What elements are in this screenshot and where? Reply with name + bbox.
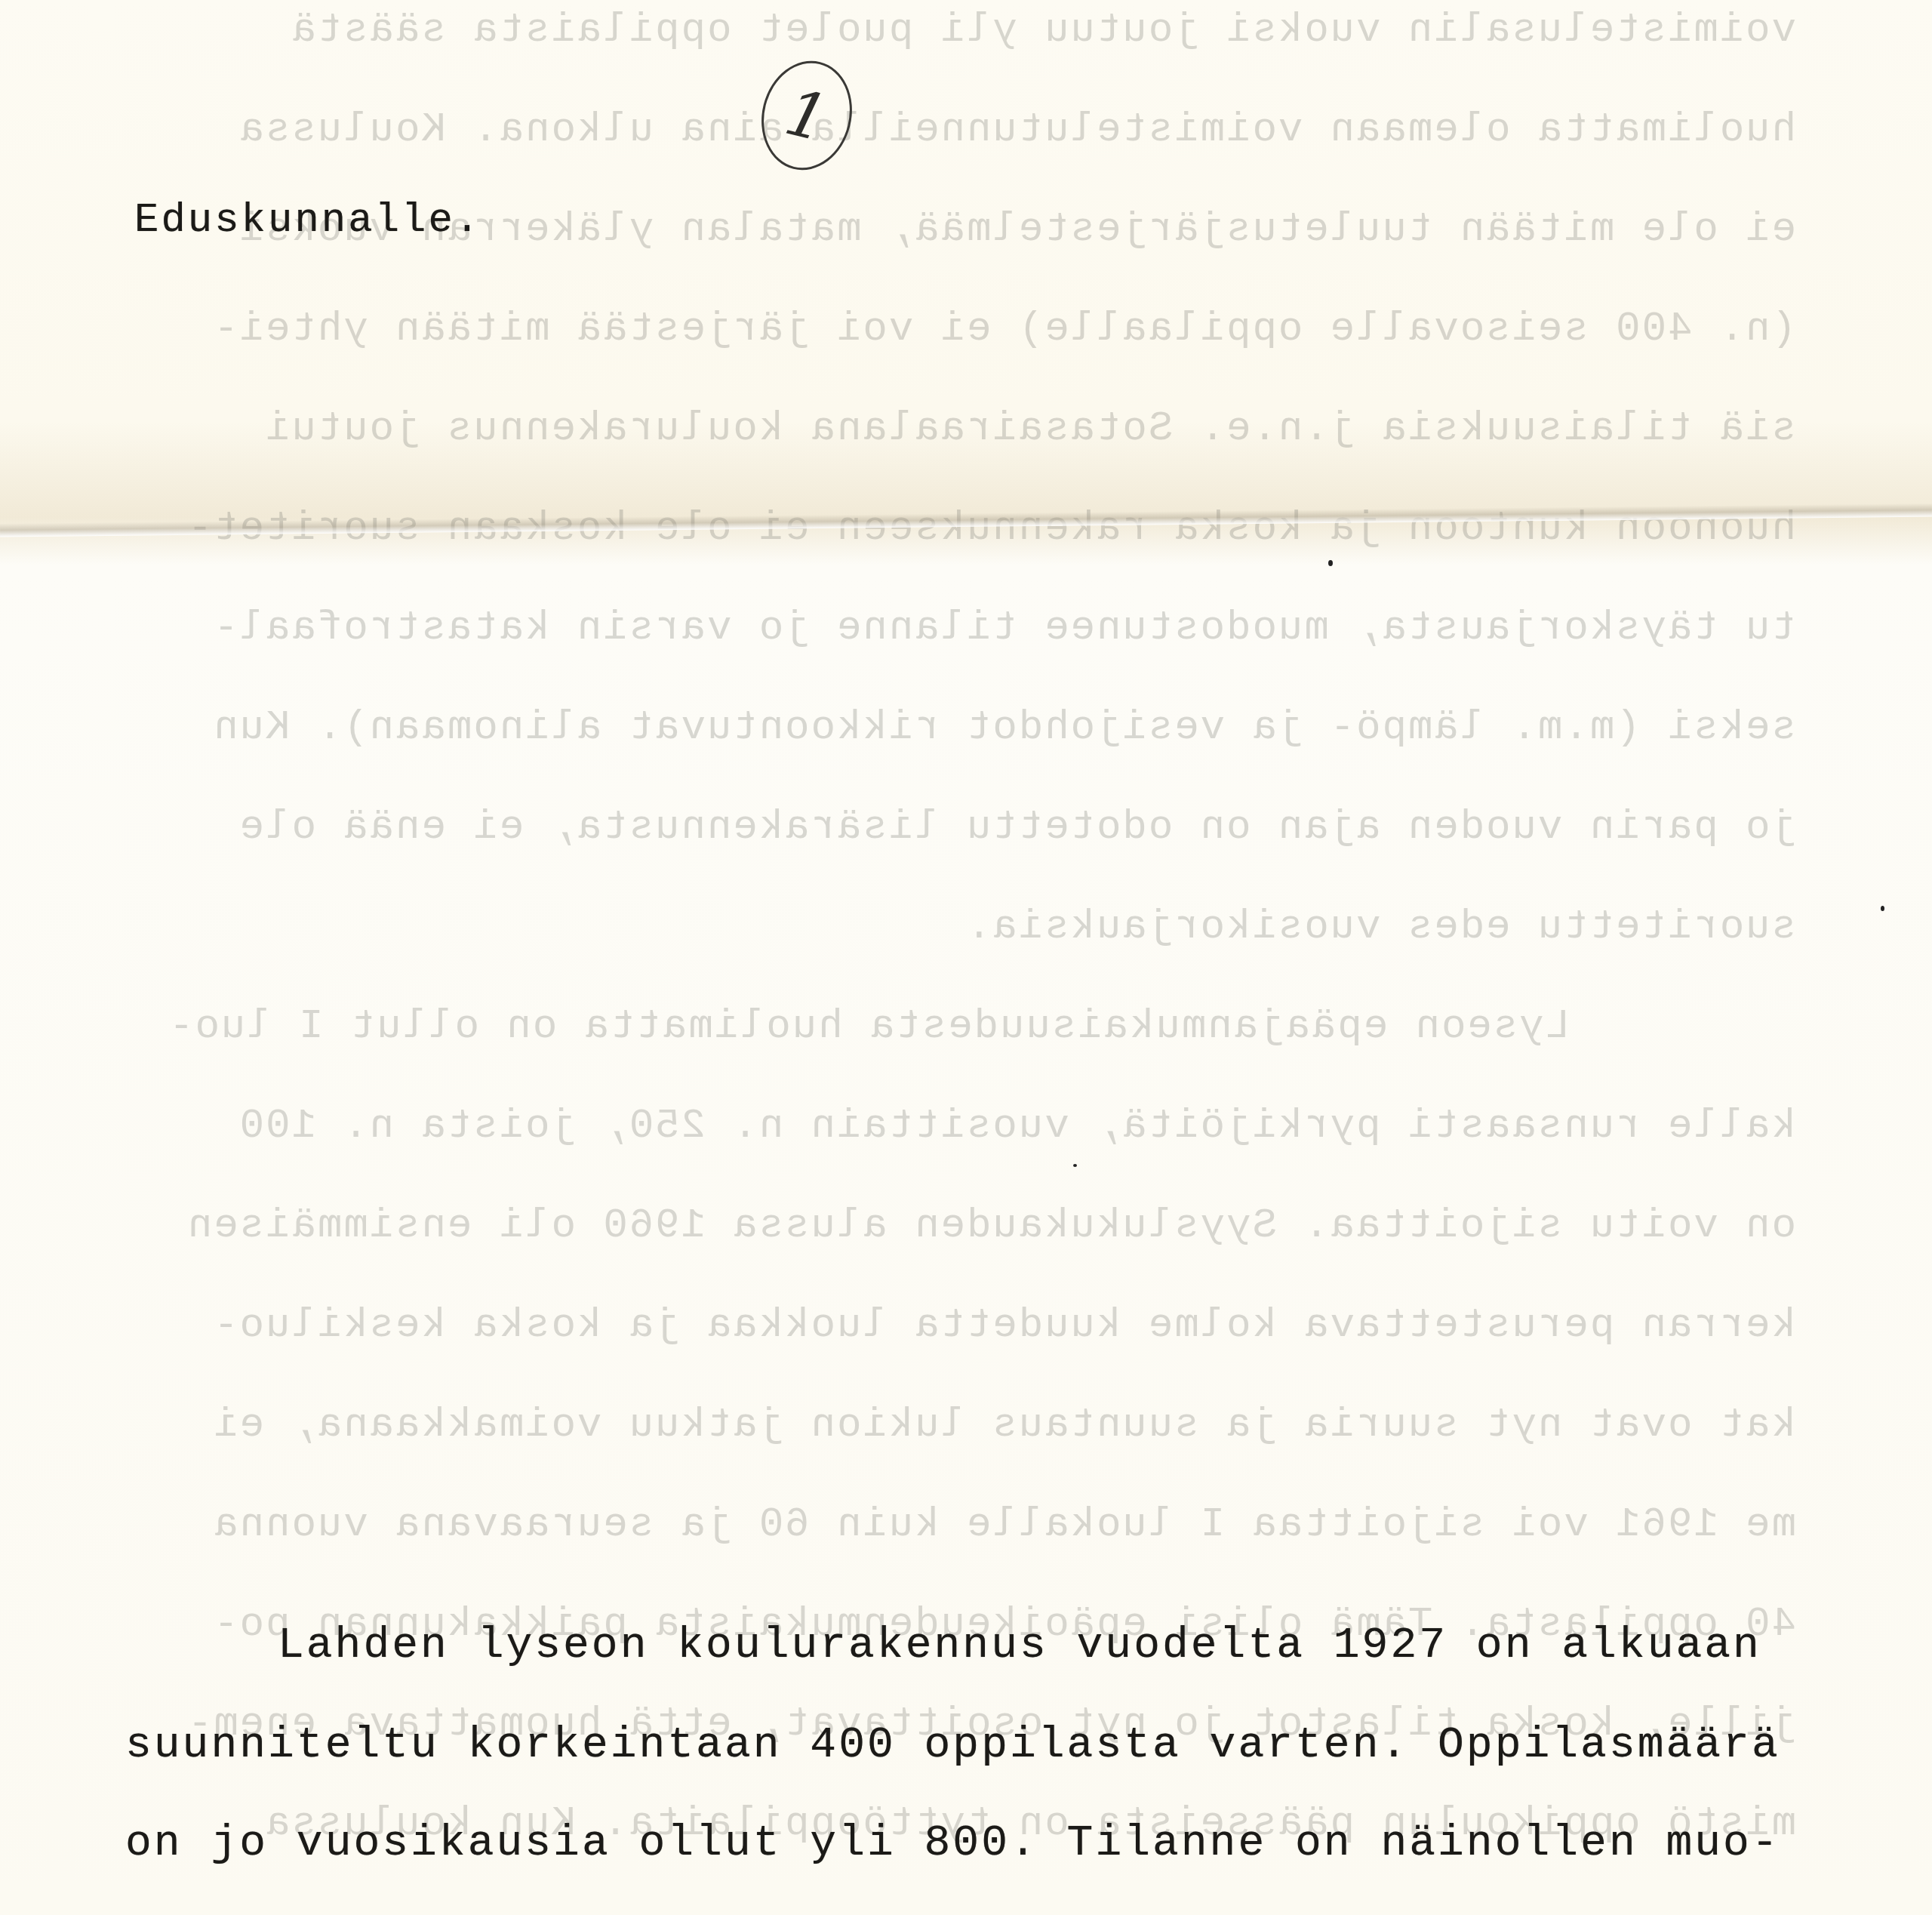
ink-speck (1073, 1164, 1077, 1167)
body-line-2: suunniteltu korkeintaan 400 oppilasta va… (125, 1721, 1780, 1770)
salutation: Eduskunnalle. (134, 198, 481, 244)
body-line-1: Lahden lyseon koulurakennus vuodelta 192… (278, 1621, 1761, 1670)
ink-speck (1328, 560, 1333, 566)
page-number: 1 (778, 75, 835, 156)
body-line-3: on jo vuosikausia ollut yli 800. Tilanne… (125, 1819, 1780, 1868)
ink-speck (1881, 906, 1884, 911)
